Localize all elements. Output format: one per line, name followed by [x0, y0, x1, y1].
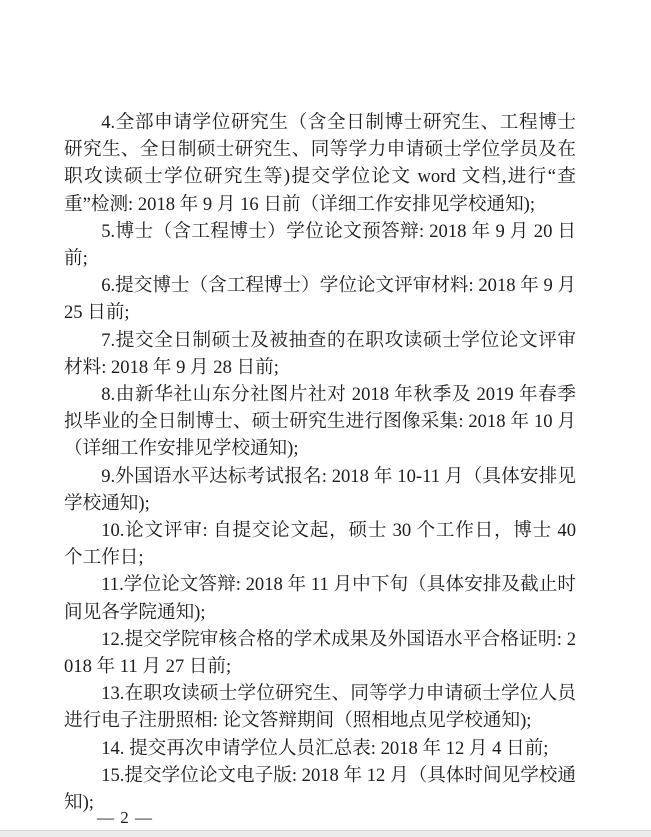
list-item: 9.外国语水平达标考试报名: 2018 年 10-11 月（具体安排见学校通知)… [64, 463, 576, 517]
list-item: 14. 提交再次申请学位人员汇总表: 2018 年 12 月 4 日前; [64, 735, 576, 762]
list-item: 10.论文评审: 自提交论文起，硕士 30 个工作日，博士 40 个工作日; [64, 517, 576, 571]
list-item: 12.提交学院审核合格的学术成果及外国语水平合格证明: 2018 年 11 月 … [64, 626, 576, 680]
scan-bottom-edge [0, 830, 651, 837]
list-item: 13.在职攻读硕士学位研究生、同等学力申请硕士学位人员进行电子注册照相: 论文答… [64, 680, 576, 734]
list-item: 11.学位论文答辩: 2018 年 11 月中下旬（具体安排及截止时间见各学院通… [64, 571, 576, 625]
list-item: 5.博士（含工程博士）学位论文预答辩: 2018 年 9 月 20 日前; [64, 218, 576, 272]
list-item: 7.提交全日制硕士及被抽查的在职攻读硕士学位论文评审材料: 2018 年 9 月… [64, 327, 576, 381]
notice-item-list: 4.全部申请学位研究生（含全日制博士研究生、工程博士研究生、全日制硕士研究生、同… [64, 109, 576, 816]
list-item: 8.由新华社山东分社图片社对 2018 年秋季及 2019 年春季拟毕业的全日制… [64, 381, 576, 463]
list-item: 6.提交博士（含工程博士）学位论文评审材料: 2018 年 9 月 25 日前; [64, 272, 576, 326]
list-item: 4.全部申请学位研究生（含全日制博士研究生、工程博士研究生、全日制硕士研究生、同… [64, 109, 576, 218]
page-number: — 2 — [97, 808, 153, 828]
document-page: 4.全部申请学位研究生（含全日制博士研究生、工程博士研究生、全日制硕士研究生、同… [0, 0, 651, 837]
